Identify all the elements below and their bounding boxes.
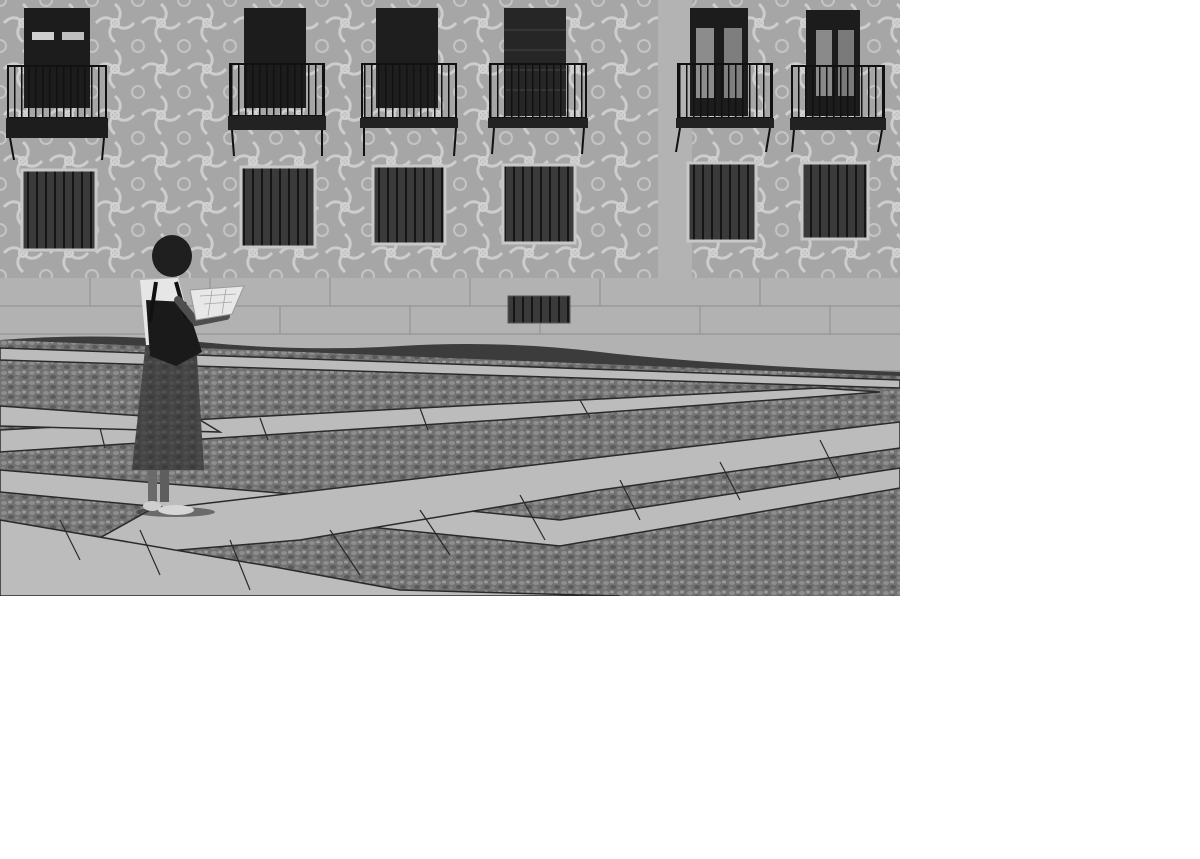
basement-vent bbox=[508, 296, 570, 323]
street-photograph bbox=[0, 0, 900, 596]
photo-scene bbox=[0, 0, 900, 596]
facade-wall bbox=[0, 0, 900, 300]
